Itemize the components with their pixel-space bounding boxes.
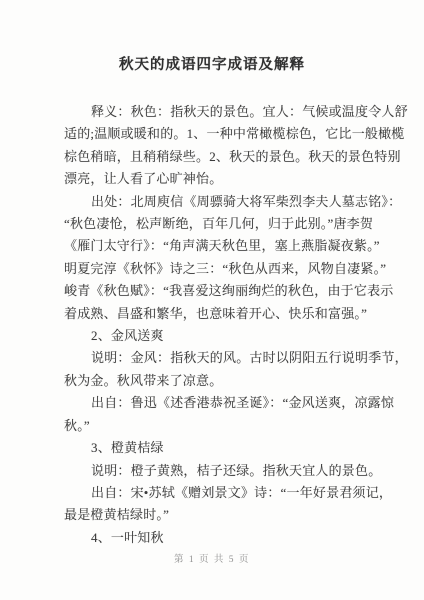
text-line: 说明：金风：指秋天的风。古时以阴阳五行说明季节，	[64, 347, 408, 369]
document-body: 释义：秋色：指秋天的景色。宜人：气候或温度令人舒 适的;温顺或暖和的。1、一种中…	[0, 101, 424, 549]
text-line: 释义：秋色：指秋天的景色。宜人：气候或温度令人舒	[64, 101, 408, 123]
idiom-heading-line: 3、橙黄桔绿	[64, 437, 408, 459]
paragraph-source-chenghuang: 出自：宋•苏轼《赠刘景文》诗：“一年好景君须记， 最是橙黄桔绿时。”	[64, 482, 408, 527]
text-line: 《雁门太守行》：“角声满天秋色里，塞上燕脂凝夜紫。”	[64, 235, 408, 257]
text-line: 漂亮，让人看了心旷神怡。	[64, 168, 408, 190]
text-line: 适的;温顺或暖和的。1、一种中常橄榄棕色，它比一般橄榄	[64, 123, 408, 145]
idiom-heading-line: 4、一叶知秋	[64, 527, 408, 549]
paragraph-definition: 释义：秋色：指秋天的景色。宜人：气候或温度令人舒 适的;温顺或暖和的。1、一种中…	[64, 101, 408, 191]
idiom-heading-line: 2、金风送爽	[64, 325, 408, 347]
paragraph-source-jinfeng: 出自：鲁迅《述香港恭祝圣诞》：“金风送爽，凉露惊 秋。”	[64, 392, 408, 437]
paragraph-explanation-jinfeng: 说明：金风：指秋天的风。古时以阴阳五行说明季节， 秋为金。秋风带来了凉意。	[64, 347, 408, 392]
text-line: 秋为金。秋风带来了凉意。	[64, 370, 408, 392]
idiom-heading-jinfengsongshuang: 2、金风送爽	[64, 325, 408, 347]
text-line: 最是橙黄桔绿时。”	[64, 504, 408, 526]
text-line: 出处：北周庾信《周骠骑大将军柴烈李夫人墓志铭》：	[64, 191, 408, 213]
document-page: 秋天的成语四字成语及解释 释义：秋色：指秋天的景色。宜人：气候或温度令人舒 适的…	[0, 0, 424, 600]
text-line: 着成熟、昌盛和繁华，也意味着开心、快乐和富强。”	[64, 303, 408, 325]
text-line: 棕色稍暗，且稍稍绿些。2、秋天的景色。秋天的景色特别	[64, 146, 408, 168]
text-line: 明夏完淳《秋怀》诗之三：“秋色从西来，风物自凄紧。”	[64, 258, 408, 280]
idiom-heading-chenghuangjulv: 3、橙黄桔绿	[64, 437, 408, 459]
text-line: 说明：橙子黄熟，桔子还绿。指秋天宜人的景色。	[64, 460, 408, 482]
text-line: 峻青《秋色赋》：“我喜爱这绚丽绚烂的秋色，由于它表示	[64, 280, 408, 302]
paragraph-explanation-chenghuang: 说明：橙子黄熟，桔子还绿。指秋天宜人的景色。	[64, 460, 408, 482]
idiom-heading-yiyezhiqiu: 4、一叶知秋	[64, 527, 408, 549]
text-line: 秋。”	[64, 415, 408, 437]
page-number-indicator: 第 1 页 共 5 页	[0, 551, 424, 565]
text-line: 出自：鲁迅《述香港恭祝圣诞》：“金风送爽，凉露惊	[64, 392, 408, 414]
document-title: 秋天的成语四字成语及解释	[0, 0, 424, 76]
text-line: “秋色凄怆，松声断绝，百年几何，归于此别。”唐李贺	[64, 213, 408, 235]
paragraph-source-qiuse: 出处：北周庾信《周骠骑大将军柴烈李夫人墓志铭》： “秋色凄怆，松声断绝，百年几何…	[64, 191, 408, 325]
text-line: 出自：宋•苏轼《赠刘景文》诗：“一年好景君须记，	[64, 482, 408, 504]
